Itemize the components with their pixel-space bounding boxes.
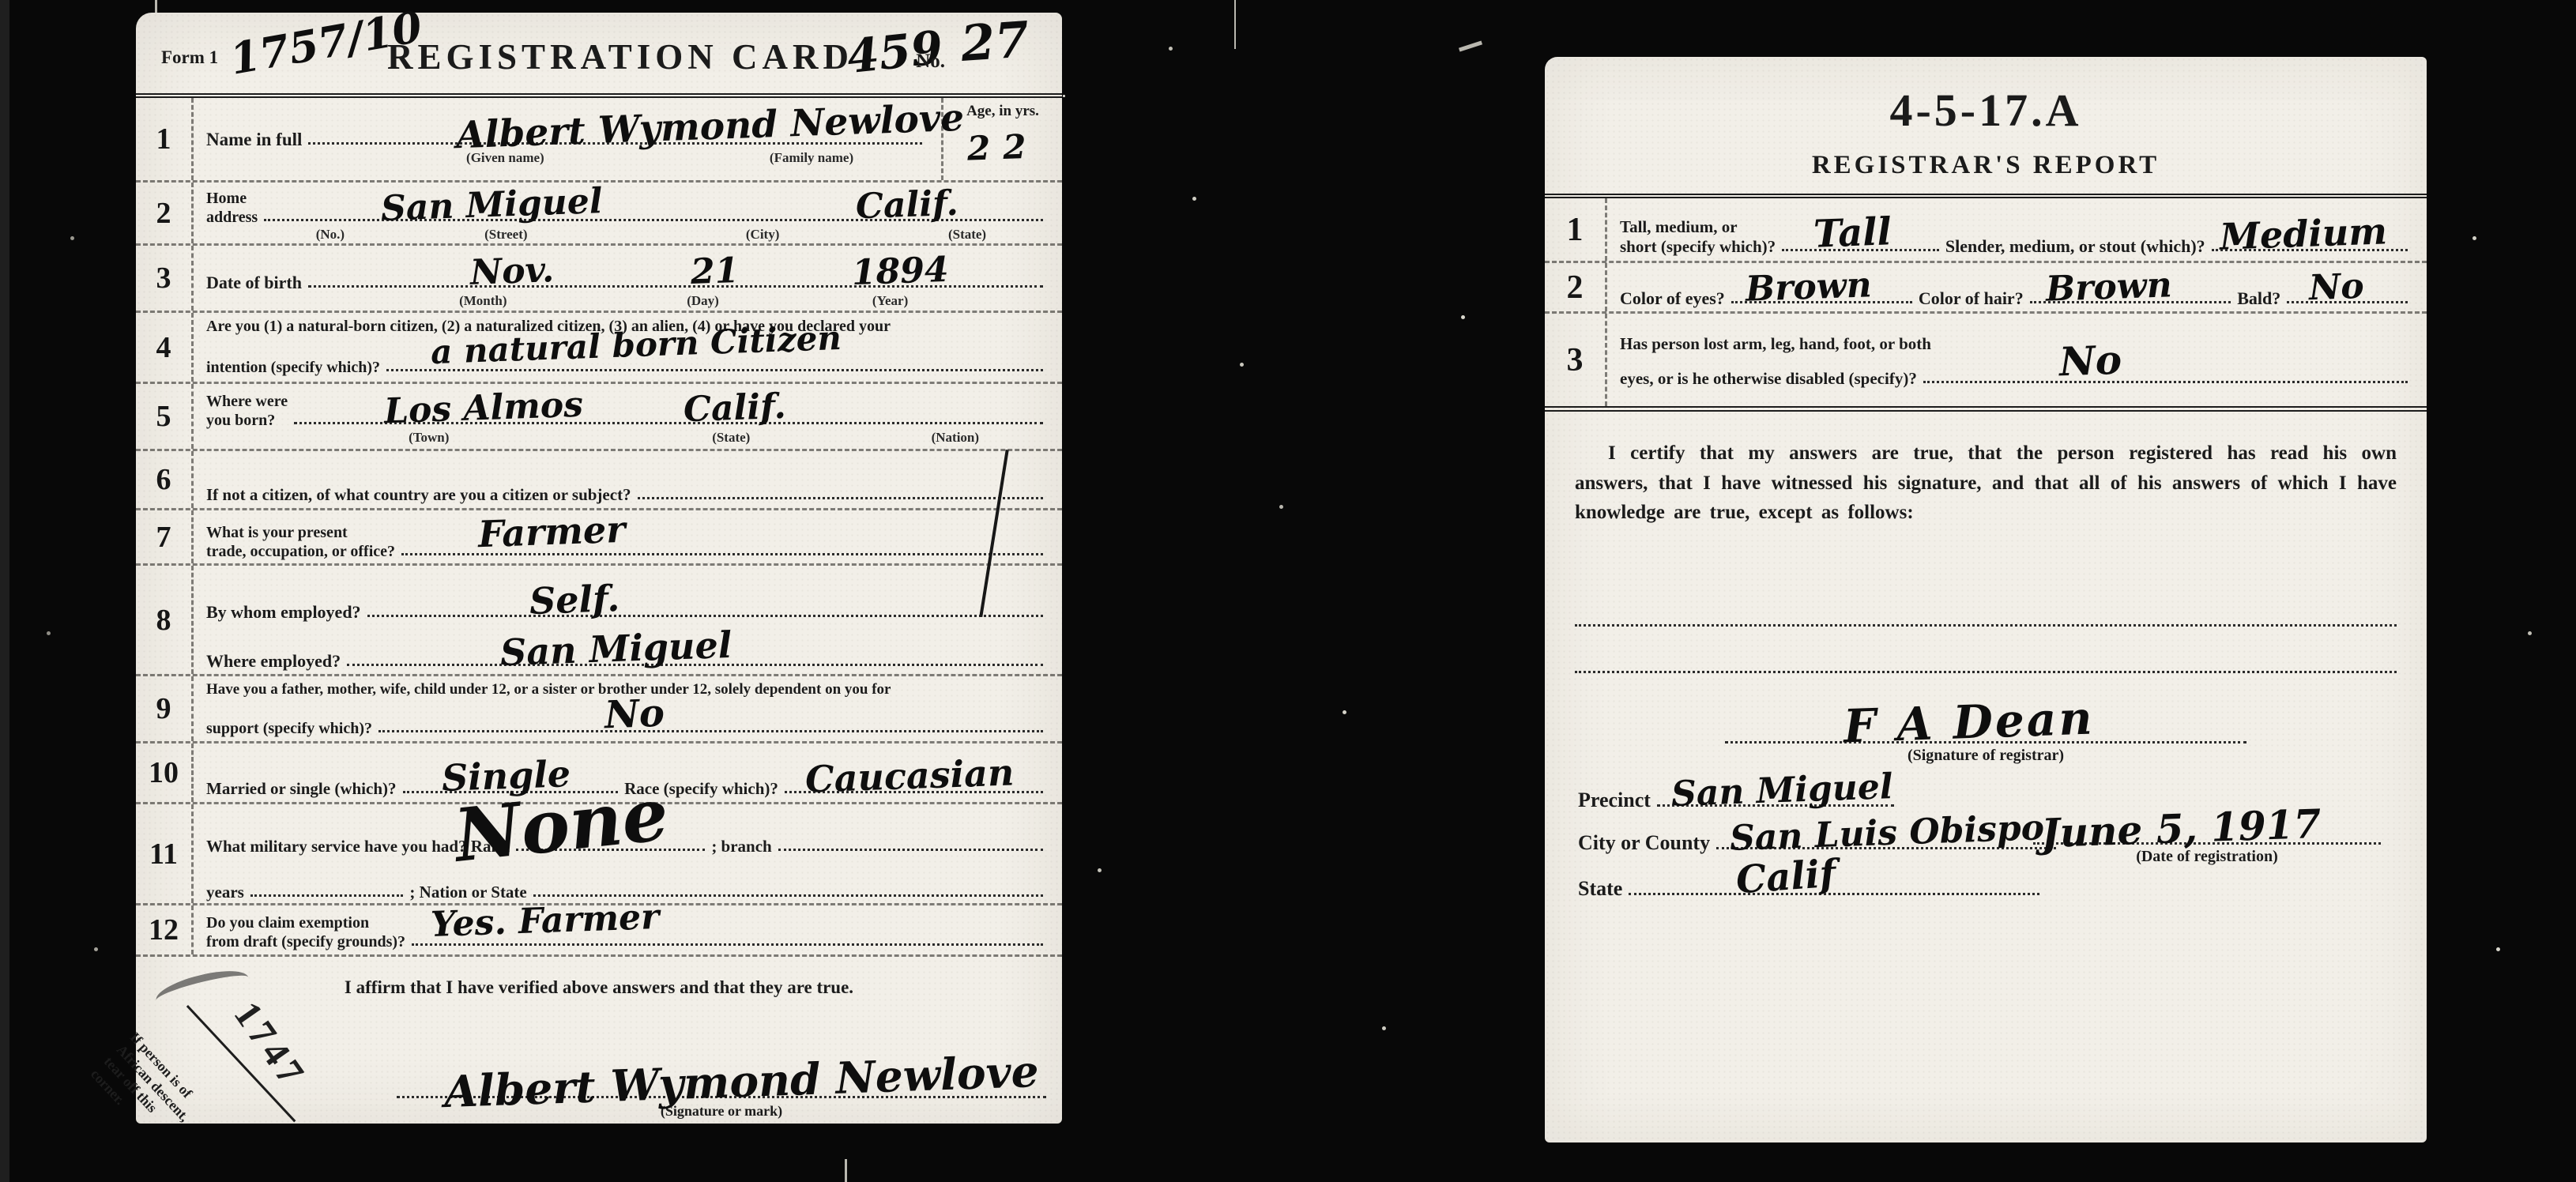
height-label: Tall, medium, orshort (specify which)? <box>1620 217 1776 257</box>
question-row-4: 4 Are you (1) a natural-born citizen, (2… <box>136 313 1062 384</box>
answer-line: Medium <box>2212 241 2408 251</box>
question-label: Name in full <box>206 130 302 150</box>
question-row-9: 9 Have you a father, mother, wife, child… <box>136 676 1062 743</box>
county-label: City or County <box>1578 831 1710 855</box>
question-body: Tall, medium, orshort (specify which)? T… <box>1607 198 2427 261</box>
exception-blank-line <box>1575 580 2397 627</box>
state-line: State Calif <box>1578 877 2427 901</box>
bald-label: Bald? <box>2237 288 2280 309</box>
question-number: 11 <box>136 804 194 903</box>
answer-line: San Miguel <box>347 656 1043 666</box>
caption-month: (Month) <box>459 293 507 309</box>
card-no-label: No. <box>916 51 945 73</box>
question-label: Homeaddress <box>206 189 258 227</box>
answer-line: Brown <box>2030 293 2231 303</box>
answer-captions: (No.) (Street) (City) (State) <box>206 227 1049 244</box>
precinct-label: Precinct <box>1578 789 1651 812</box>
answer-line <box>250 886 404 897</box>
registrar-signature-line: F A Dean <box>1725 692 2246 743</box>
question-number: 12 <box>136 905 194 954</box>
question-label-2: intention (specify which)? <box>206 359 380 377</box>
answer-line: Brown <box>1731 293 1912 303</box>
question-body: Homeaddress San Miguel Calif. (No.) (Str… <box>194 183 1062 243</box>
answer-line: Nov. 21 1894 <box>308 277 1043 288</box>
handwritten-city: San Miguel <box>380 181 603 229</box>
question-row-5: 5 Where wereyou born? Los Almos Calif. (… <box>136 384 1062 451</box>
handwritten-state: Calif. <box>856 183 959 227</box>
film-dust-specks <box>1063 95 1065 97</box>
question-body: Color of eyes? Brown Color of hair? Brow… <box>1607 263 2427 311</box>
military-years-label: years <box>206 883 244 902</box>
registrar-signature-caption: (Signature of registrar) <box>1725 747 2246 765</box>
question-row-8: 8 By whom employed? Self. Where employed… <box>136 566 1062 676</box>
question-row-1: 1 Name in full Albert Wymond Newlove (Gi… <box>136 98 1062 183</box>
question-label: By whom employed? <box>206 602 361 623</box>
registration-date-line: June 5, 1917 <box>2033 800 2381 845</box>
answer-line: Albert Wymond Newlove <box>308 134 922 145</box>
question-label: If not a citizen, of what country are yo… <box>206 485 631 505</box>
answer-captions: (Given name) (Family name) <box>206 150 928 168</box>
answer-line: San Luis Obispo <box>1716 841 2056 849</box>
handwritten-state: Calif <box>1734 851 1837 902</box>
handwritten-occupation: Farmer <box>477 508 626 555</box>
question-body: Date of birth Nov. 21 1894 (Month) (Day)… <box>194 246 1062 311</box>
signature-zone: Albert Wymond Newlove (Signature or mark… <box>397 1050 1046 1120</box>
registrar-signature: F A Dean <box>1843 691 2096 753</box>
age-label: Age, in yrs. <box>966 103 1039 120</box>
question-row-12: 12 Do you claim exemptionfrom draft (spe… <box>136 905 1062 957</box>
registrars-report-card: 4-5-17.A REGISTRAR'S REPORT 1 Tall, medi… <box>1545 57 2427 1142</box>
answer-line: San Miguel Calif. <box>264 211 1043 221</box>
age-value: 22 <box>966 126 1039 168</box>
question-body: What is your presenttrade, occupation, o… <box>194 510 1062 563</box>
handwritten-hair: Brown <box>2045 265 2172 310</box>
question-row-7: 7 What is your presenttrade, occupation,… <box>136 510 1062 566</box>
military-branch-label: ; branch <box>711 837 771 856</box>
caption-state: (State) <box>948 227 986 243</box>
film-edge-strip <box>0 0 9 1182</box>
question-number: 10 <box>136 743 194 802</box>
caption-family-name: (Family name) <box>770 150 853 166</box>
answer-line: Tall <box>1782 241 1939 251</box>
question-body: What military service have you had? Rank… <box>194 804 1062 903</box>
handwritten-build: Medium <box>2219 209 2388 258</box>
build-label: Slender, medium, or stout (which)? <box>1945 236 2205 257</box>
exception-blank-line <box>1575 627 2397 673</box>
question-number: 2 <box>1545 263 1607 311</box>
handwritten-town: Los Almos <box>383 385 584 432</box>
registrar-signature-zone: F A Dean (Signature of registrar) <box>1725 692 2246 765</box>
state-label: State <box>1578 877 1622 901</box>
answer-captions: (Town) (State) (Nation) <box>206 430 1049 447</box>
eyes-label: Color of eyes? <box>1620 288 1725 309</box>
answer-line <box>778 841 1043 851</box>
question-label: Do you claim exemptionfrom draft (specif… <box>206 913 405 951</box>
registration-card: Form 1 1757/10 REGISTRATION CARD 459 No.… <box>136 13 1062 1124</box>
report-row-1: 1 Tall, medium, orshort (specify which)?… <box>1545 198 2427 263</box>
handwritten-county: San Luis Obispo <box>1730 807 2046 859</box>
handwritten-bald: No <box>2308 266 2364 308</box>
question-body: Have you a father, mother, wife, child u… <box>194 676 1062 741</box>
question-row-2: 2 Homeaddress San Miguel Calif. (No.) (S… <box>136 183 1062 246</box>
certification-text: I certify that my answers are true, that… <box>1575 439 2397 528</box>
question-label: What is your presenttrade, occupation, o… <box>206 523 395 561</box>
question-number: 1 <box>136 98 194 180</box>
question-body: Has person lost arm, leg, hand, foot, or… <box>1607 314 2427 406</box>
form-number-label: Form 1 <box>161 47 218 68</box>
registration-date-zone: June 5, 1917 (Date of registration) <box>2033 800 2381 866</box>
answer-line: No <box>2287 293 2408 303</box>
handwritten-exemption: Yes. Farmer <box>430 897 660 945</box>
answer-line: Self. <box>367 607 1043 617</box>
question-label-2: Where employed? <box>206 651 341 672</box>
question-number: 6 <box>136 451 194 508</box>
handwritten-date: June 5, 1917 <box>2040 800 2322 856</box>
film-scratch <box>1234 0 1236 49</box>
handwritten-employer: Self. <box>529 577 620 623</box>
question-number: 8 <box>136 566 194 674</box>
question-label: Where wereyou born? <box>206 392 288 430</box>
question-body: By whom employed? Self. Where employed? … <box>194 566 1062 674</box>
caption-day: (Day) <box>687 293 719 309</box>
registration-card-header: Form 1 1757/10 REGISTRATION CARD 459 No.… <box>136 13 1062 98</box>
film-scratch <box>845 1159 847 1182</box>
hair-label: Color of hair? <box>1919 288 2024 309</box>
report-header: 4-5-17.A REGISTRAR'S REPORT <box>1545 57 2427 198</box>
handwritten-disability: No <box>2058 337 2122 386</box>
report-code: 4-5-17.A <box>1545 57 2427 137</box>
question-body: Are you (1) a natural-born citizen, (2) … <box>194 313 1062 382</box>
answer-line: No <box>378 722 1043 732</box>
question-body: Name in full Albert Wymond Newlove (Give… <box>194 98 941 180</box>
handwritten-year: 1894 <box>851 250 949 293</box>
handwritten-name: Albert Wymond Newlove <box>455 96 965 157</box>
question-number: 3 <box>136 246 194 311</box>
caption-street: (Street) <box>484 227 527 243</box>
handwritten-dependents: No <box>604 691 665 738</box>
answer-line: Los Almos Calif. <box>294 414 1043 424</box>
handwritten-state: Calif. <box>683 386 786 430</box>
question-number: 7 <box>136 510 194 563</box>
answer-line <box>533 886 1043 897</box>
caption-nation: (Nation) <box>932 430 979 446</box>
caption-no: (No.) <box>316 227 345 243</box>
answer-line: Caucasian <box>785 783 1043 793</box>
question-body: If not a citizen, of what country are yo… <box>194 451 1062 508</box>
caption-city: (City) <box>746 227 779 243</box>
disability-label: Has person lost arm, leg, hand, foot, or… <box>1620 334 2414 354</box>
question-body: Do you claim exemptionfrom draft (specif… <box>194 905 1062 954</box>
caption-town: (Town) <box>409 430 449 446</box>
handwritten-eyes: Brown <box>1745 265 1872 310</box>
report-title: REGISTRAR'S REPORT <box>1545 151 2427 180</box>
handwritten-month: Nov. <box>469 250 555 293</box>
handwritten-workplace: San Miguel <box>499 623 733 674</box>
report-row-3: 3 Has person lost arm, leg, hand, foot, … <box>1545 314 2427 412</box>
handwritten-day: 21 <box>690 250 740 292</box>
answer-line: Calif <box>1629 886 2039 895</box>
question-row-3: 3 Date of birth Nov. 21 1894 (Month) (Da… <box>136 246 1062 313</box>
question-number: 4 <box>136 313 194 382</box>
affirmation-text: I affirm that I have verified above answ… <box>136 977 1062 998</box>
disability-label-2: eyes, or is he otherwise disabled (speci… <box>1620 369 1917 389</box>
signature-line: Albert Wymond Newlove <box>397 1050 1046 1098</box>
question-row-11: 11 What military service have you had? R… <box>136 804 1062 905</box>
question-number: 5 <box>136 384 194 449</box>
card-title: REGISTRATION CARD <box>387 36 853 77</box>
report-row-2: 2 Color of eyes? Brown Color of hair? Br… <box>1545 263 2427 314</box>
card-no-value: 27 <box>958 10 1030 73</box>
question-number: 2 <box>136 183 194 243</box>
answer-line: San Miguel <box>1657 798 1894 807</box>
caption-given-name: (Given name) <box>466 150 544 166</box>
question-label: Date of birth <box>206 273 302 293</box>
answer-captions: (Month) (Day) (Year) <box>206 293 1049 311</box>
film-scratch <box>1459 40 1482 51</box>
question-body: Where wereyou born? Los Almos Calif. (To… <box>194 384 1062 449</box>
question-label-2: support (specify which)? <box>206 720 372 738</box>
question-number: 1 <box>1545 198 1607 261</box>
handwritten-race: Caucasian <box>804 751 1015 800</box>
caption-state: (State) <box>712 430 750 446</box>
handwritten-height: Tall <box>1813 209 1892 256</box>
question-number: 9 <box>136 676 194 741</box>
handwritten-precinct: San Miguel <box>1670 766 1893 815</box>
question-number: 3 <box>1545 314 1607 406</box>
married-single-label: Married or single (which)? <box>206 779 397 799</box>
question-row-6: 6 If not a citizen, of what country are … <box>136 451 1062 510</box>
answer-line: No <box>1923 373 2408 383</box>
military-nation-label: ; Nation or State <box>409 883 526 902</box>
answer-line <box>638 489 1043 499</box>
caption-year: (Year) <box>872 293 908 309</box>
